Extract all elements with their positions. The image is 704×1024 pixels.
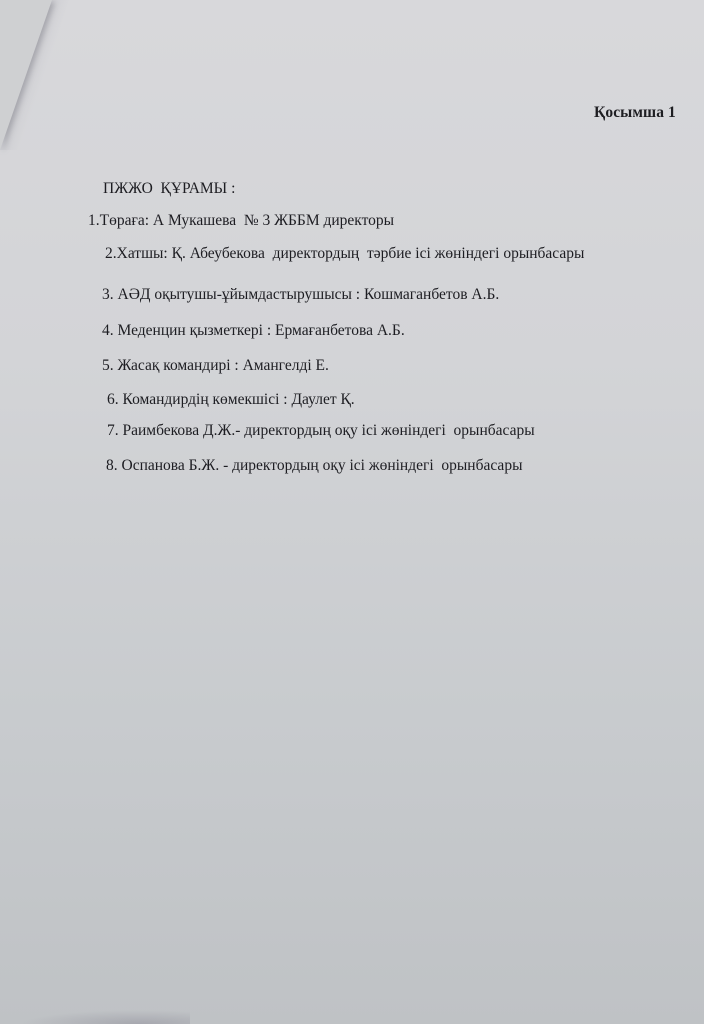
- underlying-sheet-corner: [0, 0, 52, 150]
- member-line-5: 5. Жасақ командирі : Амангелді Е.: [102, 357, 329, 375]
- member-line-6: 6. Командирдің көмекшісі : Даулет Қ.: [107, 391, 355, 409]
- member-line-7: 7. Раимбекова Д.Ж.- директордың оқу ісі …: [107, 422, 535, 440]
- paper-sheet: Қосымша 1 ПЖЖО ҚҰРАМЫ : 1.Төраға: А Мука…: [0, 0, 704, 1024]
- composition-heading: ПЖЖО ҚҰРАМЫ :: [103, 180, 235, 198]
- member-line-8: 8. Оспанова Б.Ж. - директордың оқу ісі ж…: [106, 457, 522, 475]
- member-line-1: 1.Төраға: А Мукашева № 3 ЖББМ директоры: [88, 212, 394, 230]
- member-line-2: 2.Хатшы: Қ. Абеубекова директордың тәрби…: [105, 245, 584, 263]
- appendix-label: Қосымша 1: [594, 104, 676, 122]
- member-line-3: 3. АӘД оқытушы-ұйымдастырушысы : Кошмага…: [102, 286, 499, 304]
- bottom-shadow: [20, 1010, 190, 1024]
- member-line-4: 4. Меденцин қызметкері : Ермағанбетова А…: [102, 322, 405, 340]
